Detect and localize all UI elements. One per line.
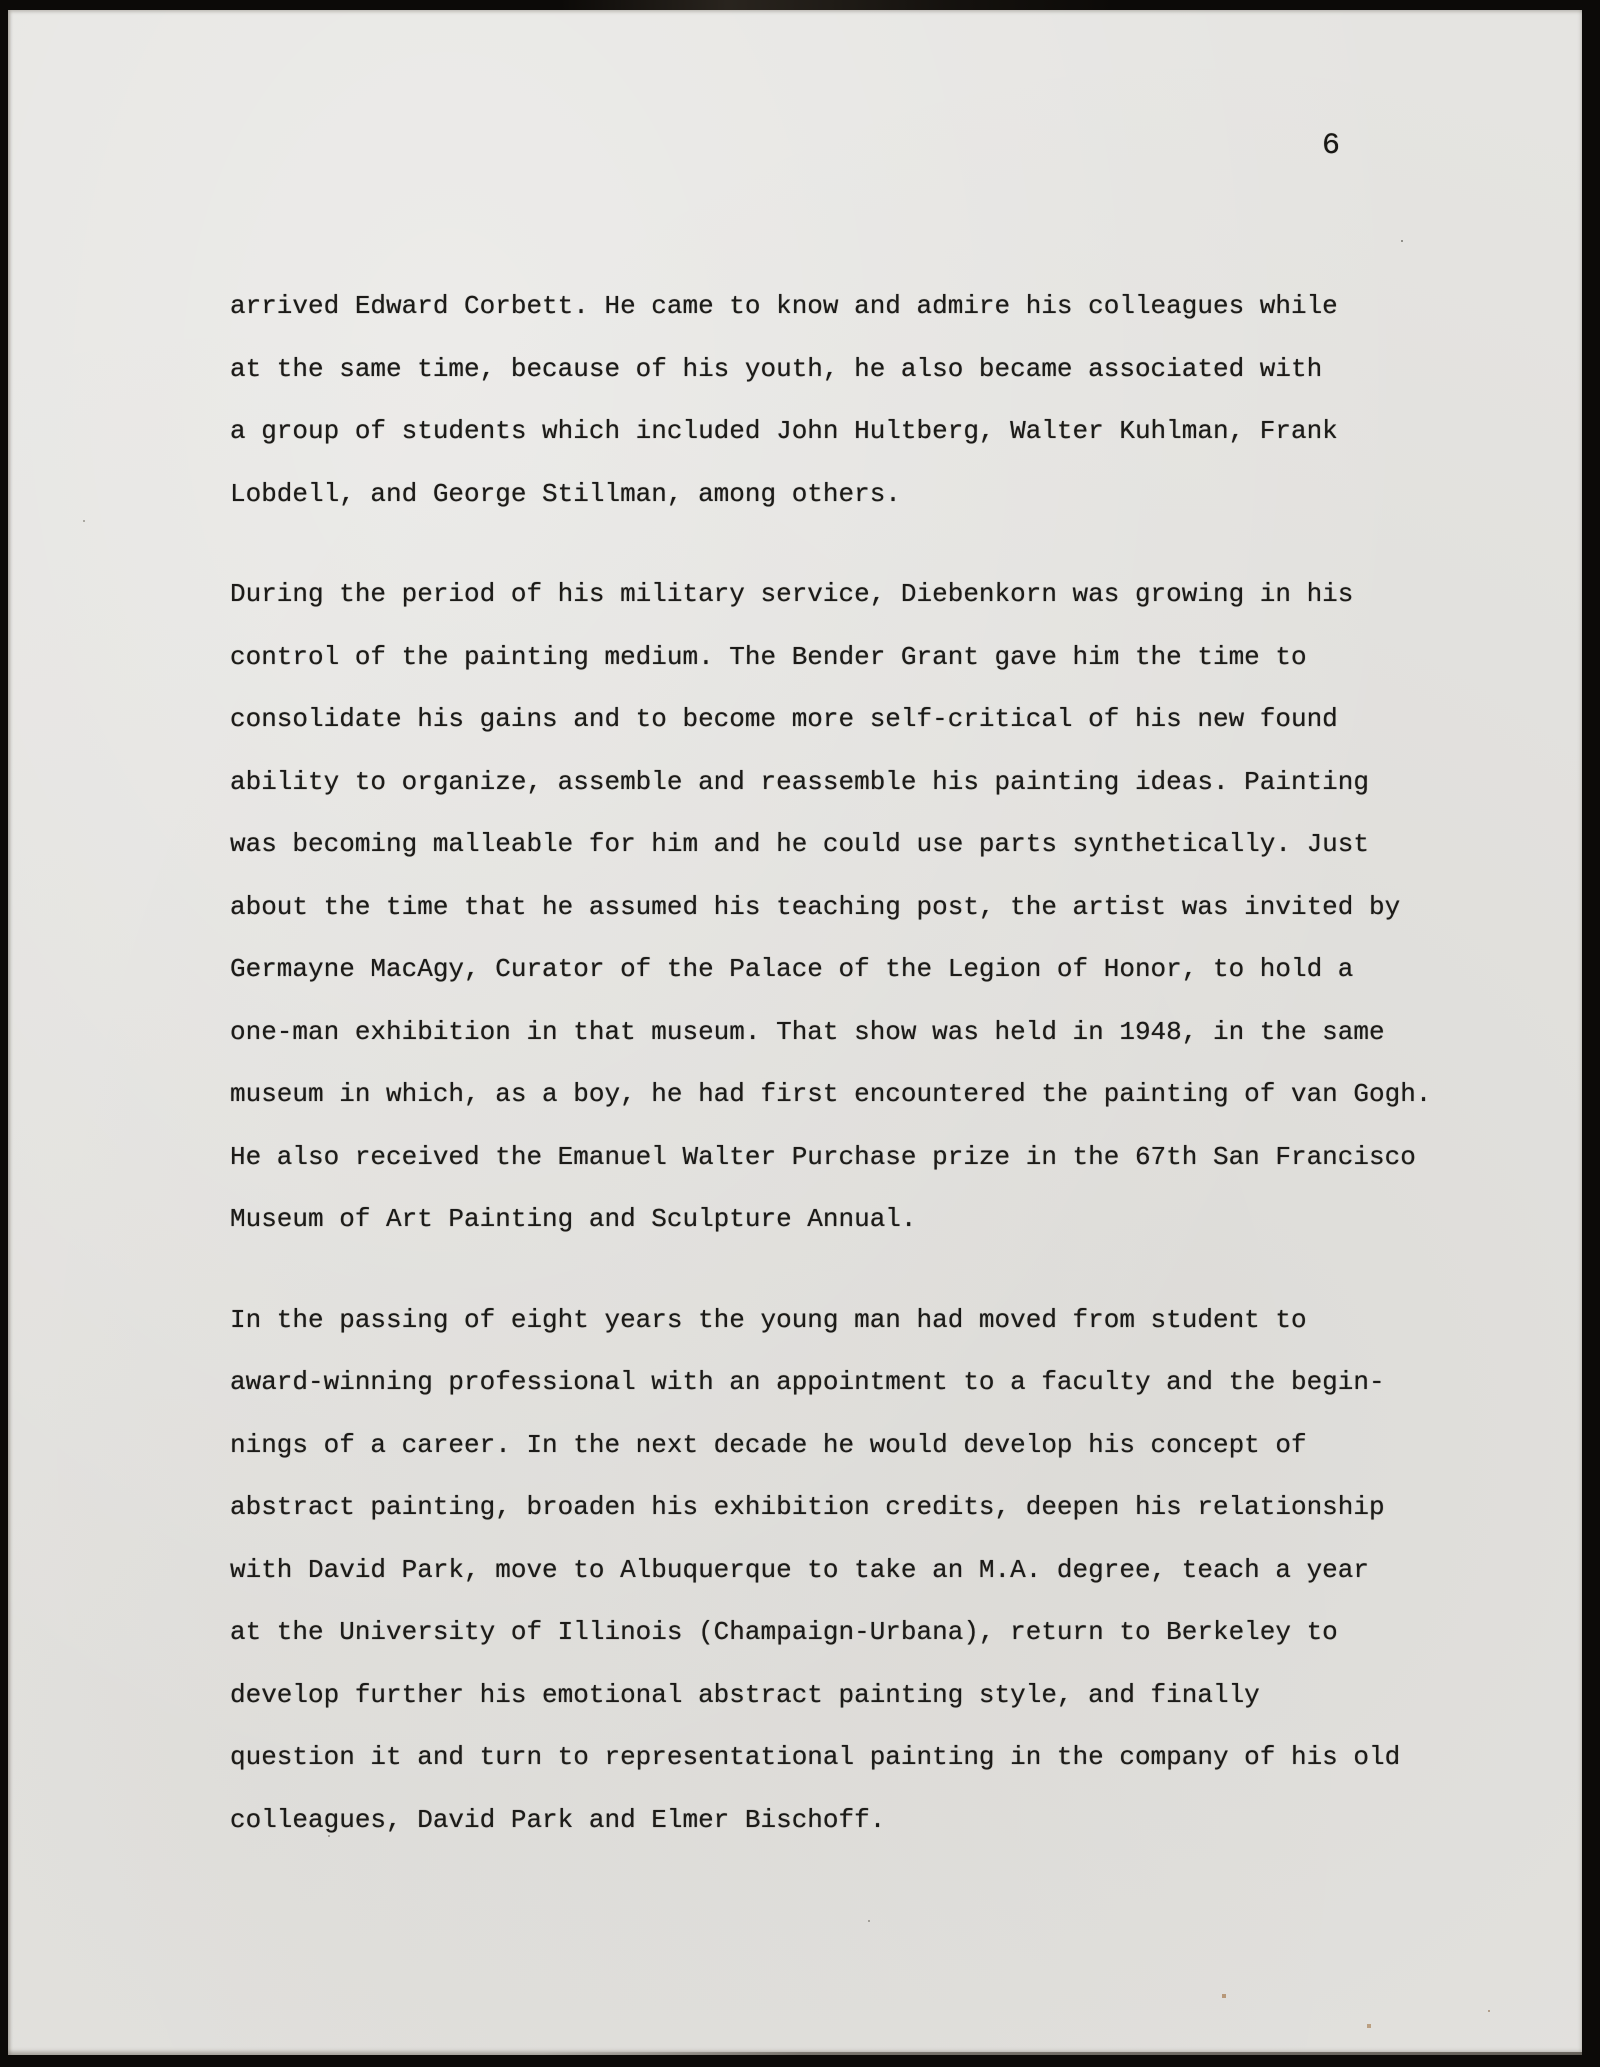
paragraph-3: In the passing of eight years the young … [230,1289,1480,1852]
paper-bottom-edge-shadow [543,2052,1582,2055]
page-number: 6 [1322,128,1340,164]
paper-specks [8,10,10,12]
paragraph-2: During the period of his military servic… [230,563,1480,1251]
paper-sheet: 6 arrived Edward Corbett. He came to kno… [8,10,1582,2055]
scanned-page-frame: 6 arrived Edward Corbett. He came to kno… [0,0,1600,2067]
typewritten-text-block: arrived Edward Corbett. He came to know … [230,275,1480,1889]
paragraph-1: arrived Edward Corbett. He came to know … [230,275,1480,525]
